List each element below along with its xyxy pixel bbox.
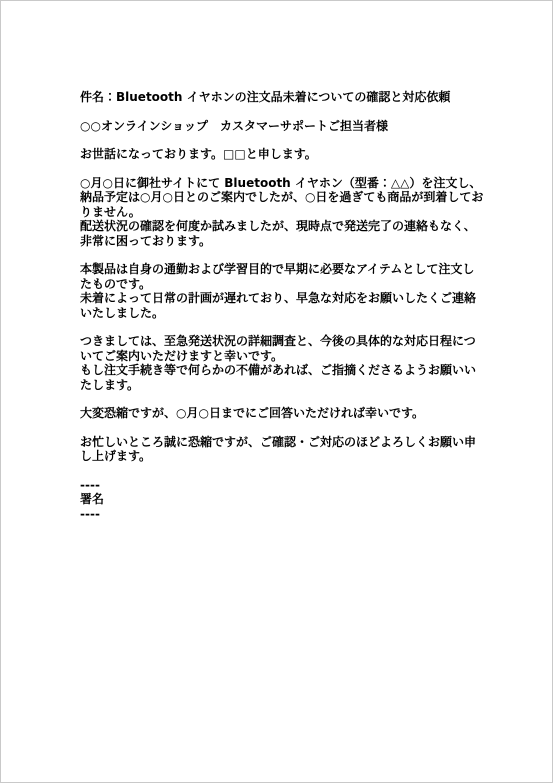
letter-body: 件名：Bluetooth イヤホンの注文品未着についての確認と対応依頼 ○○オン… xyxy=(80,90,484,521)
paragraph-purpose: 本製品は自身の通勤および学習目的で早期に必要なアイテムとして注文したものです。 … xyxy=(80,262,484,320)
paragraph-closing: お忙しいところ誠に恐縮ですが、ご確認・ご対応のほどよろしくお願い申し上げます。 xyxy=(80,435,484,464)
paragraph-request: つきましては、至急発送状況の詳細調査と、今後の具体的な対応日程についてご案内いた… xyxy=(80,334,484,392)
subject-line: 件名：Bluetooth イヤホンの注文品未着についての確認と対応依頼 xyxy=(80,90,484,105)
recipient-line: ○○オンラインショップ カスタマーサポートご担当者様 xyxy=(80,119,484,134)
paragraph-order-issue: ○月○日に御社サイトにて Bluetooth イヤホン（型番：△△）を注文し、納… xyxy=(80,176,484,249)
screenshot-viewport: 件名：Bluetooth イヤホンの注文品未着についての確認と対応依頼 ○○オン… xyxy=(0,0,553,783)
paragraph-deadline: 大変恐縮ですが、○月○日までにご回答いただければ幸いです。 xyxy=(80,406,484,421)
signature-block: ---- 署名 ---- xyxy=(80,478,484,522)
document-page: 件名：Bluetooth イヤホンの注文品未着についての確認と対応依頼 ○○オン… xyxy=(0,0,553,783)
greeting-line: お世話になっております。□□と申します。 xyxy=(80,147,484,162)
